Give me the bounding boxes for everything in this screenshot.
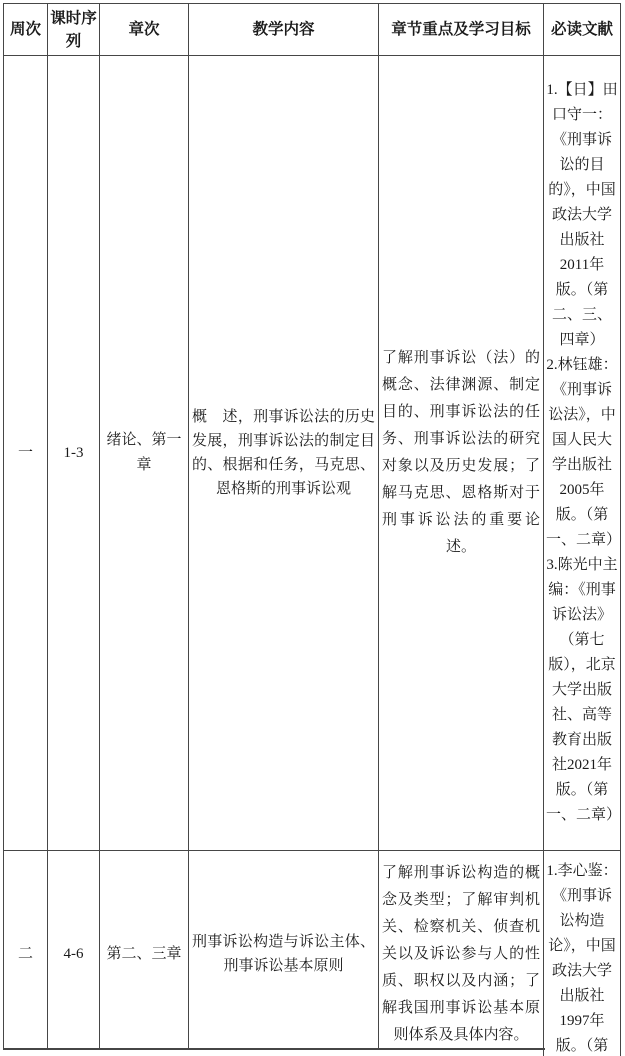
cell-chapter: 第二、三章 [100,851,189,1056]
course-schedule-table: 周次 课时序列 章次 教学内容 章节重点及学习目标 必读文献 一 1-3 绪论、… [3,3,621,1056]
objectives-text: 了解刑事诉讼构造的概念及类型；了解审判机关、检察机关、侦查机关以及诉讼参与人的性… [379,860,543,1049]
header-teaching-content: 教学内容 [189,4,379,56]
reading-item: 3.陈光中主编：《刑事诉讼法》（第七版），北京大学出版社、高等教育出版社2021… [546,553,618,828]
header-objectives: 章节重点及学习目标 [379,4,544,56]
reading-item: 2.林钰雄：《刑事诉讼法》，中国人民大学出版社2005年版。（第一、二章） [546,353,618,553]
cell-week: 一 [4,56,48,851]
cell-objectives: 了解刑事诉讼构造的概念及类型；了解审判机关、检察机关、侦查机关以及诉讼参与人的性… [379,851,544,1056]
cell-hours: 1-3 [48,56,100,851]
teaching-content-text: 刑事诉讼构造与诉讼主体、刑事诉讼基本原则 [189,930,378,978]
header-hours-sequence: 课时序列 [48,4,100,56]
cell-readings: 1.李心鉴：《刑事诉讼构造论》，中国政法大学出版社1997年版。（第 [544,851,621,1056]
cell-teaching-content: 刑事诉讼构造与诉讼主体、刑事诉讼基本原则 [189,851,379,1056]
header-week: 周次 [4,4,48,56]
page-break-mask [3,1050,543,1056]
cell-readings: 1.【日】田口守一：《刑事诉讼的目的》，中国政法大学出版社2011年版。（第二、… [544,56,621,851]
header-chapter: 章次 [100,4,189,56]
cell-objectives: 了解刑事诉讼（法）的概念、法律渊源、制定目的、刑事诉讼法的任务、刑事诉讼法的研究… [379,56,544,851]
teaching-content-text: 概 述，刑事诉讼法的历史发展，刑事诉讼法的制定目的、根据和任务，马克思、恩格斯的… [189,405,378,501]
reading-item: 1.李心鉴：《刑事诉讼构造论》，中国政法大学出版社1997年版。（第 [546,859,618,1056]
syllabus-page: 周次 课时序列 章次 教学内容 章节重点及学习目标 必读文献 一 1-3 绪论、… [0,0,625,1056]
cell-teaching-content: 概 述，刑事诉讼法的历史发展，刑事诉讼法的制定目的、根据和任务，马克思、恩格斯的… [189,56,379,851]
reading-item: 1.【日】田口守一：《刑事诉讼的目的》，中国政法大学出版社2011年版。（第二、… [546,78,618,353]
cell-week: 二 [4,851,48,1056]
cell-hours: 4-6 [48,851,100,1056]
cell-chapter: 绪论、第一章 [100,56,189,851]
objectives-text: 了解刑事诉讼（法）的概念、法律渊源、制定目的、刑事诉讼法的任务、刑事诉讼法的研究… [379,345,543,561]
header-required-readings: 必读文献 [544,4,621,56]
row-cut-border [3,1048,545,1050]
